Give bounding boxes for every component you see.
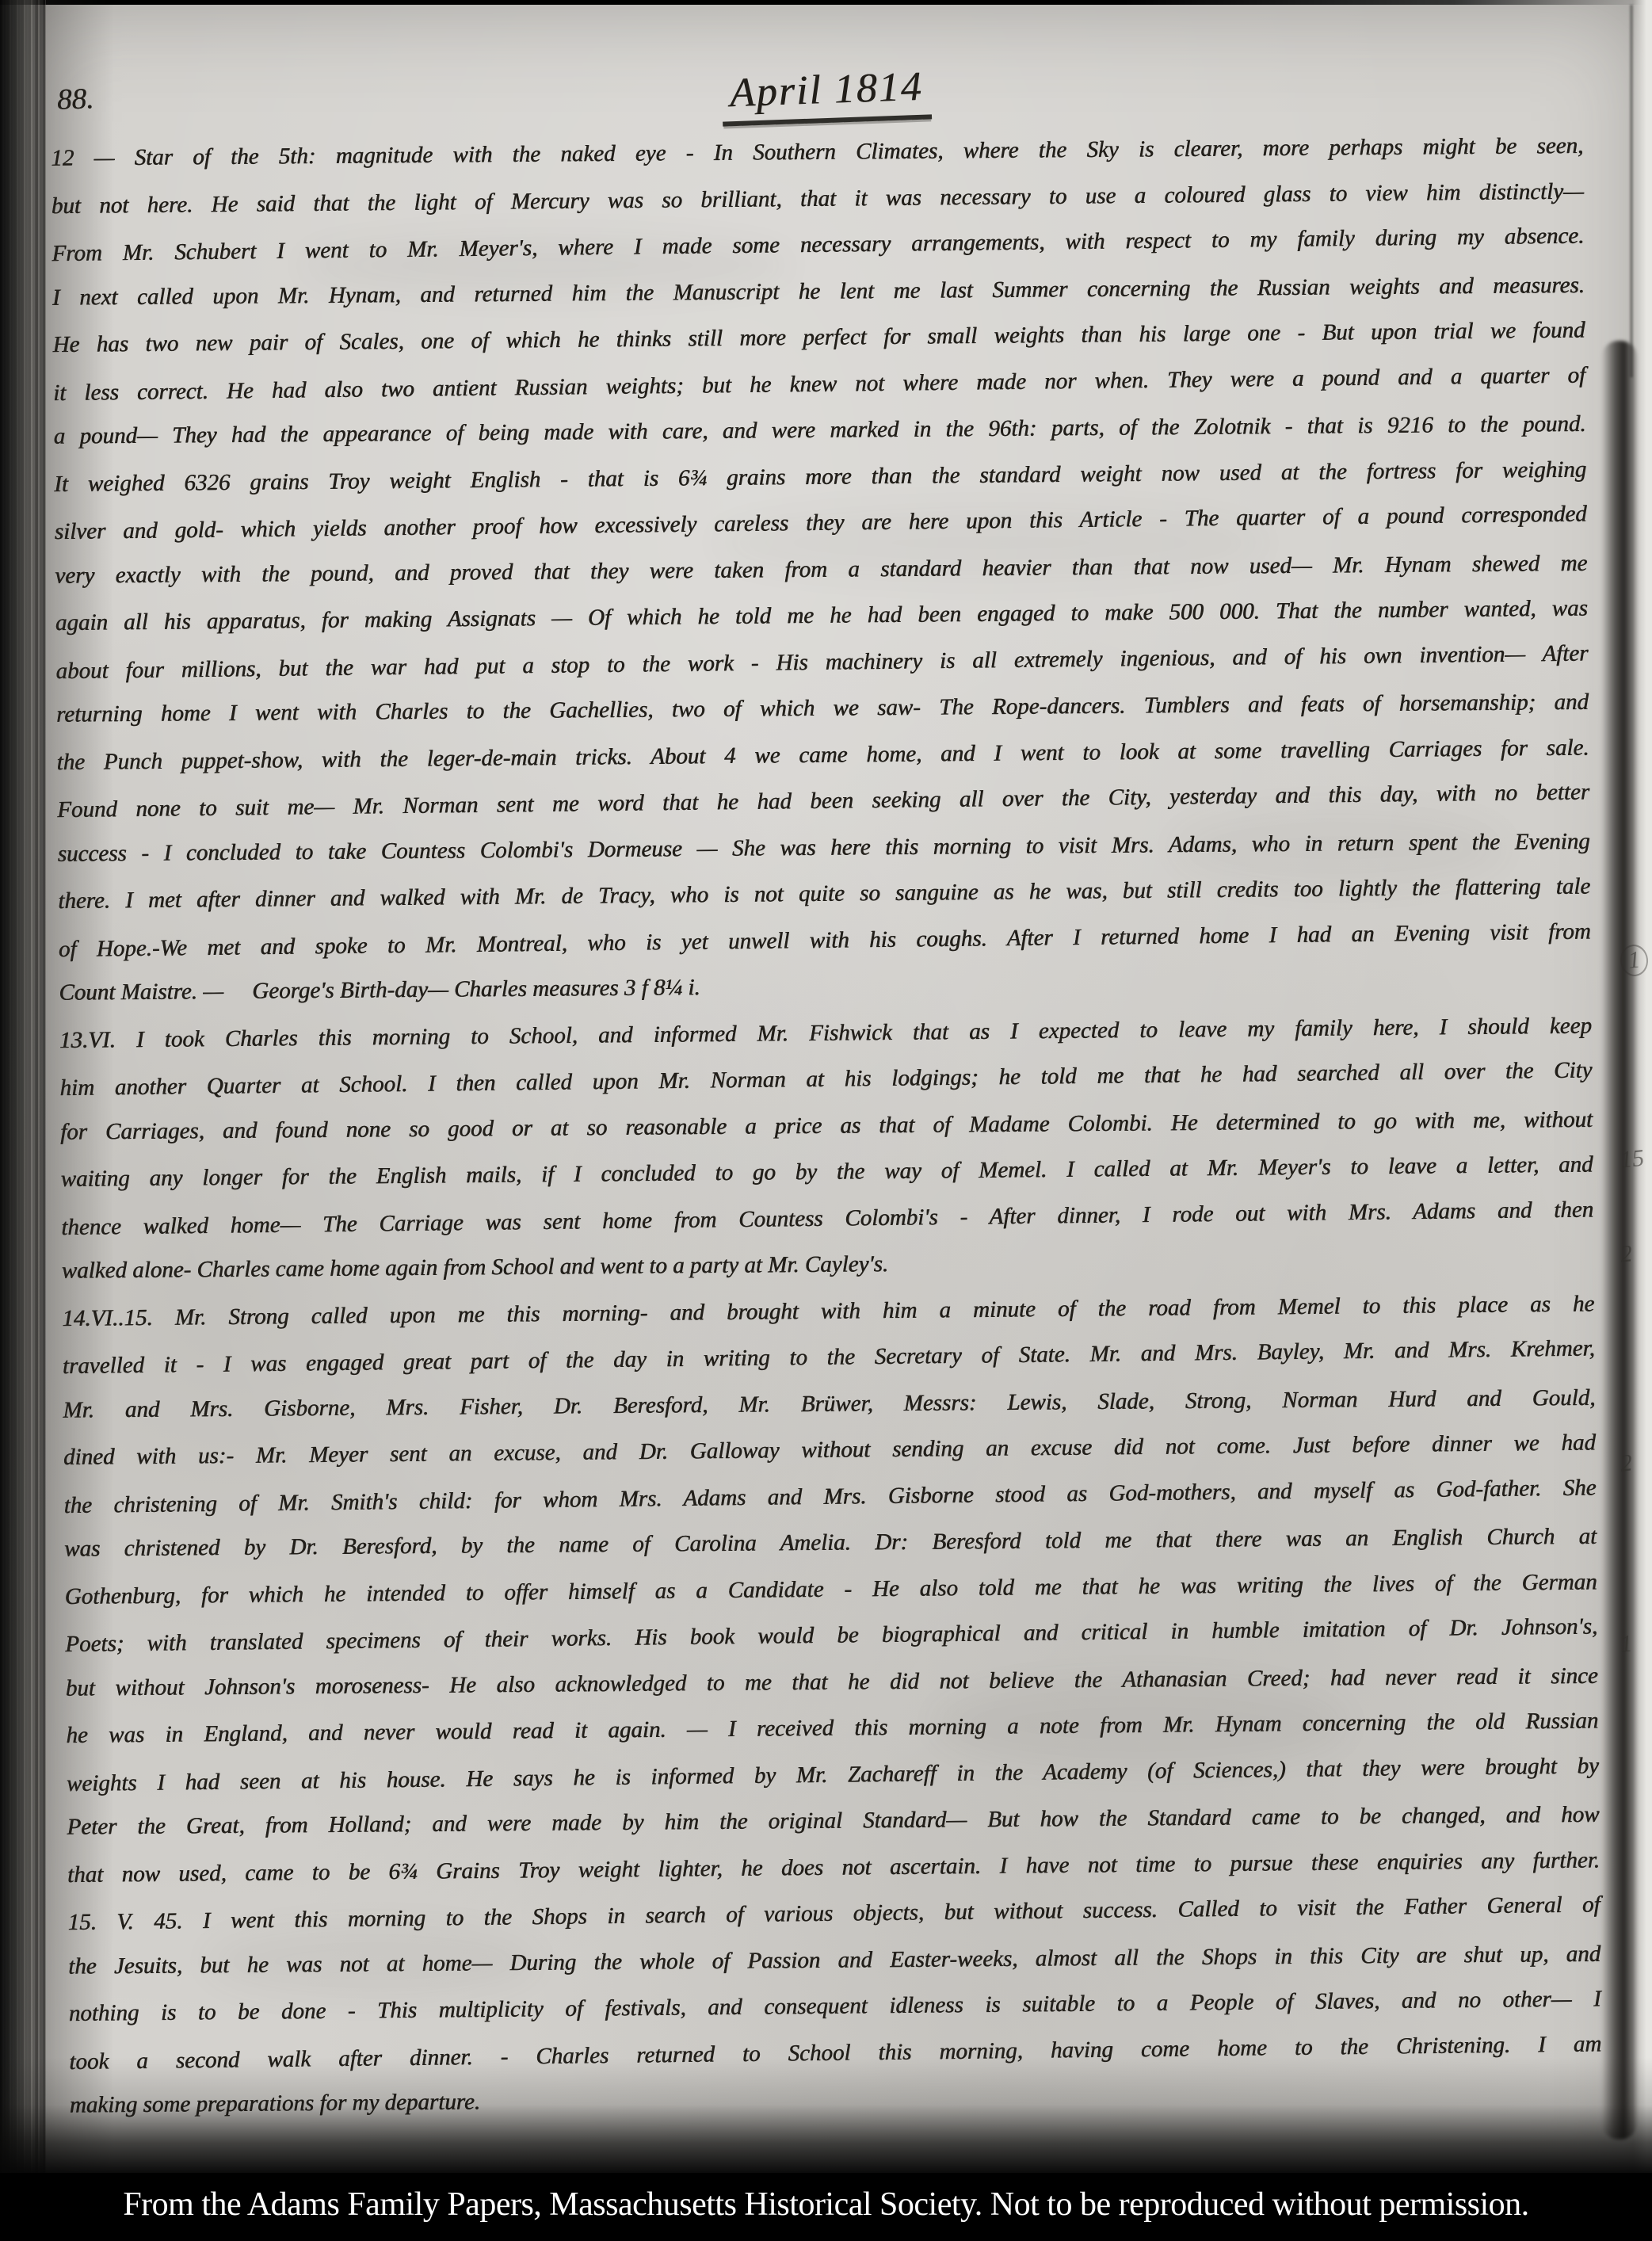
manuscript-page-scan: 88. April 1814 12 — Star of the 5th: mag… <box>0 0 1652 2241</box>
margin-mark: 2 <box>1619 1449 1633 1477</box>
month-header-text: April 1814 <box>720 63 931 126</box>
margin-mark: 2 <box>1619 1240 1633 1268</box>
month-header: April 1814 <box>0 67 1652 123</box>
page-bottom-shadow <box>0 2057 1652 2176</box>
page-top-edge <box>0 0 1652 5</box>
margin-mark: 1 <box>1619 1630 1633 1658</box>
footer-credit-bar: From the Adams Family Papers, Massachuse… <box>0 2173 1652 2241</box>
facing-page-margin-marks: 115221 <box>1617 0 1652 2241</box>
manuscript-text: 12 — Star of the 5th: magnitude with the… <box>51 121 1602 2129</box>
footer-credit-text: From the Adams Family Papers, Massachuse… <box>0 2186 1652 2224</box>
margin-mark: 15 <box>1619 1145 1645 1174</box>
margin-mark: 1 <box>1619 943 1650 977</box>
